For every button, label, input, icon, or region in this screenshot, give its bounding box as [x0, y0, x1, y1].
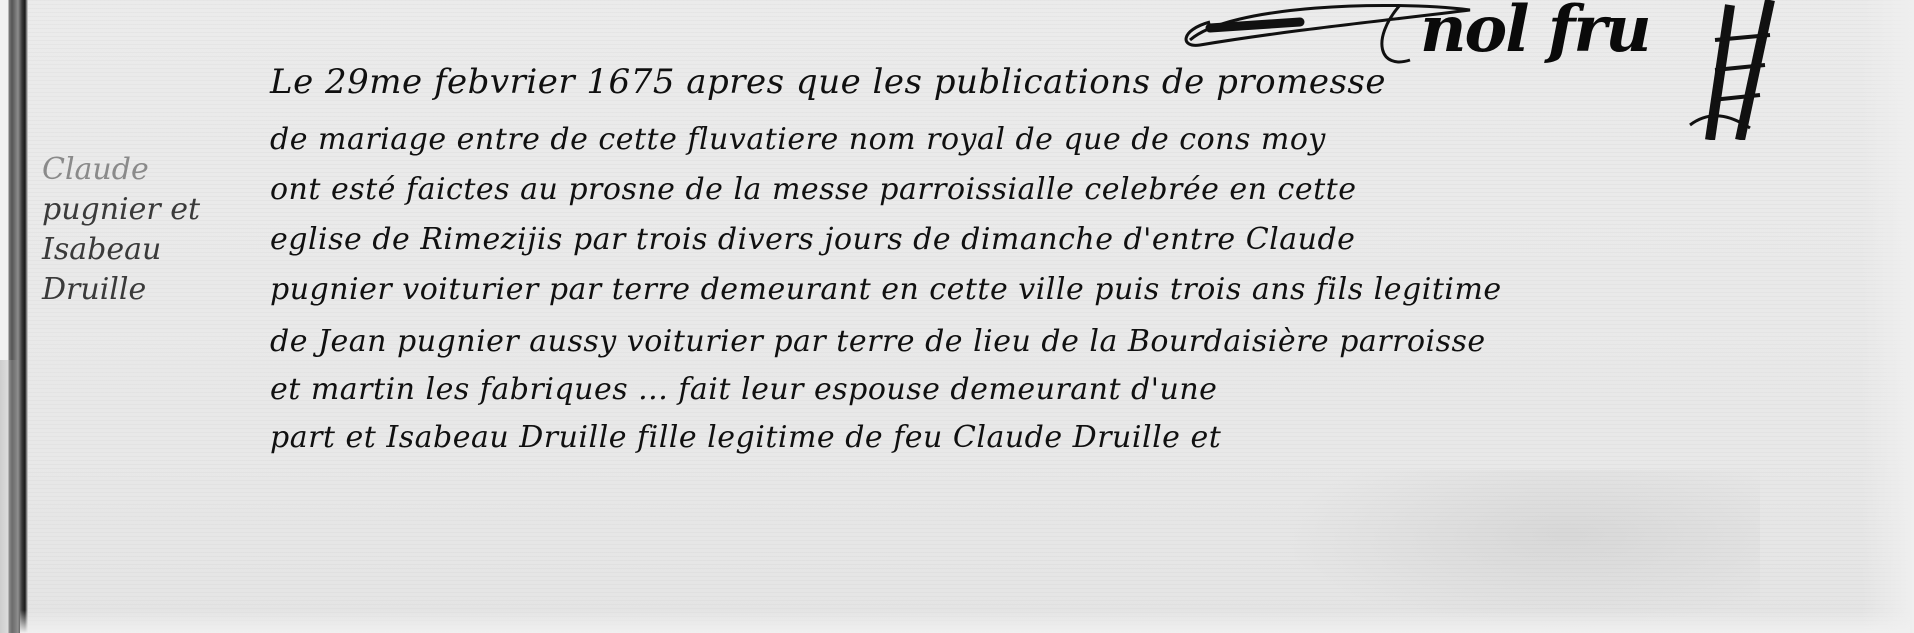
body-line-6: de Jean pugnier aussy voiturier par terr… [270, 324, 1486, 359]
paper-stain [1280, 470, 1760, 630]
register-page: nol fru Claude pugnier et Isabeau Druill… [0, 0, 1914, 633]
page-shadow [0, 360, 20, 633]
body-line-5: pugnier voiturier par terre demeurant en… [270, 272, 1502, 307]
margin-line-4: Druille [42, 270, 262, 310]
body-line-1: Le 29me febvrier 1675 apres que les publ… [270, 62, 1386, 102]
margin-line-2: pugnier et [42, 190, 262, 230]
header-signature-text: nol fru [1420, 0, 1650, 67]
margin-annotation: Claude pugnier et Isabeau Druille [42, 150, 262, 310]
body-line-7: et martin les fabriques ... fait leur es… [270, 372, 1217, 407]
margin-line-1: Claude [42, 150, 262, 190]
margin-line-3: Isabeau [42, 230, 262, 270]
body-line-3: ont esté faictes au prosne de la messe p… [270, 172, 1356, 207]
body-line-2: de mariage entre de cette fluvatiere nom… [270, 122, 1326, 157]
body-line-4: eglise de Rimezijis par trois divers jou… [270, 222, 1355, 257]
bottom-page-edge [20, 610, 1910, 633]
body-line-8: part et Isabeau Druille fille legitime d… [270, 420, 1221, 455]
